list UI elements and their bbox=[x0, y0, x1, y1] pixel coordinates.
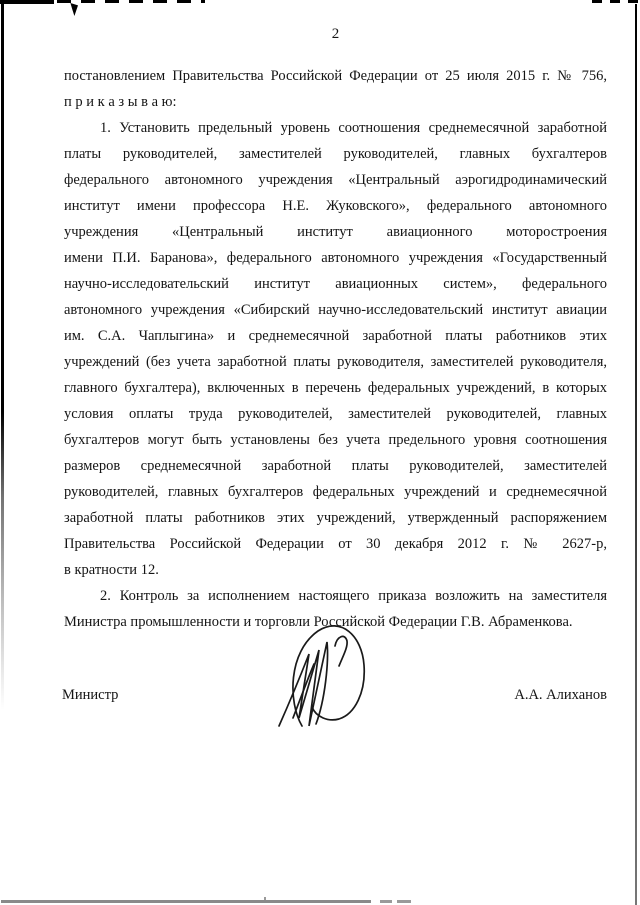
scan-edge-bottom-dash bbox=[380, 900, 392, 903]
document-page: 2 постановлением Правительства Российско… bbox=[0, 0, 640, 905]
text-line: размеров среднемесячной заработной платы… bbox=[64, 453, 607, 479]
text-line: п р и к а з ы в а ю: bbox=[64, 89, 607, 115]
scan-edge-left bbox=[1, 0, 4, 710]
scan-edge-top-segment bbox=[0, 0, 54, 4]
text-line: институт имени профессора Н.Е. Жуковског… bbox=[64, 193, 607, 219]
text-line: им. С.А. Чаплыгина» и среднемесячной зар… bbox=[64, 323, 607, 349]
text-line: в кратности 12. bbox=[64, 557, 607, 583]
text-line: заработной платы работников этих учрежде… bbox=[64, 505, 607, 531]
text-line: бухгалтеров могут быть установлены без у… bbox=[64, 427, 607, 453]
scan-edge-right bbox=[635, 4, 637, 905]
text-line: руководителей, главных бухгалтеров федер… bbox=[64, 479, 607, 505]
scan-speck-icon bbox=[70, 3, 78, 16]
text-line: постановлением Правительства Российской … bbox=[64, 63, 607, 89]
signer-name: А.А. Алиханов bbox=[514, 686, 607, 704]
signer-title: Министр bbox=[62, 686, 118, 704]
document-lines: постановлением Правительства Российской … bbox=[64, 63, 607, 635]
scan-speck-icon bbox=[264, 897, 266, 900]
text-line: главного бухгалтера), включенных в переч… bbox=[64, 375, 607, 401]
text-line: условия оплаты труда руководителей, заме… bbox=[64, 401, 607, 427]
text-line: 2. Контроль за исполнением настоящего пр… bbox=[64, 583, 607, 609]
text-line: учреждения «Центральный институт авиацио… bbox=[64, 219, 607, 245]
text-line: научно-исследовательский институт авиаци… bbox=[64, 271, 607, 297]
scan-edge-bottom-dash bbox=[397, 900, 411, 903]
text-line: платы руководителей, заместителей руково… bbox=[64, 141, 607, 167]
text-line: имени П.И. Баранова», федерального автон… bbox=[64, 245, 607, 271]
text-line: Правительства Российской Федерации от 30… bbox=[64, 531, 607, 557]
text-line: 1. Установить предельный уровень соотнош… bbox=[64, 115, 607, 141]
signature-scrawl-icon bbox=[238, 620, 402, 740]
page-number: 2 bbox=[64, 26, 607, 43]
text-line: учреждений (без учета заработной платы р… bbox=[64, 349, 607, 375]
scan-edge-bottom bbox=[1, 900, 371, 903]
text-line: автономного учреждения «Сибирский научно… bbox=[64, 297, 607, 323]
text-line: федерального автономного учреждения «Цен… bbox=[64, 167, 607, 193]
scan-edge-top-dashes bbox=[57, 0, 205, 3]
scan-edge-top-right bbox=[592, 0, 640, 3]
